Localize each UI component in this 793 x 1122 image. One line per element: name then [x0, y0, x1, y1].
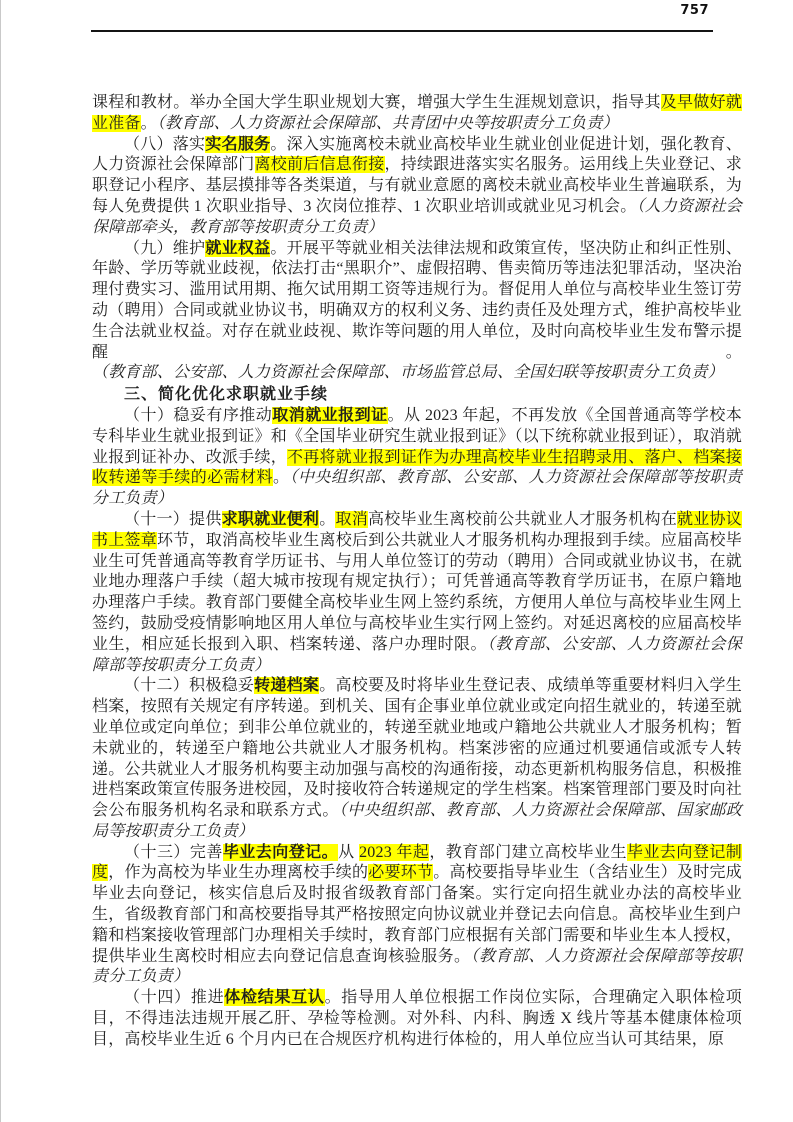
attribution-text: （教育部、公安部、人力资源社会保障部、市场监管总局、全国妇联等按职责分工负责）	[92, 364, 724, 381]
para-item-12: （十二）积极稳妥转递档案。高校要及时将毕业生登记表、成绩单等重要材料归入学生档案…	[92, 676, 742, 842]
para-item-10: （十）稳妥有序推动取消就业报到证。从 2023 年起，不再发放《全国普通高等学校…	[92, 406, 742, 510]
body-text: 。	[319, 511, 335, 528]
body-text: （九）维护	[124, 240, 205, 257]
highlighted-text: 必要环节	[368, 864, 433, 881]
highlighted-text: 转递档案	[254, 677, 319, 694]
body-text: 。高校要及时将毕业生登记表、成绩单等重要材料归入学生档案，按照有关规定有序转递。…	[92, 677, 742, 819]
para-item-13: （十三）完善毕业去向登记。从 2023 年起，教育部门建立高校毕业生毕业去向登记…	[92, 843, 742, 989]
body-text: 环节，取消高校毕业生离校后到公共就业人才服务机构办理报到手续。应届高校毕业生可凭…	[92, 532, 742, 653]
document-body: 课程和教材。举办全国大学生职业规划大赛，增强大学生生涯规划意识，指导其及早做好就…	[92, 93, 742, 1051]
body-text: 课程和教材。举办全国大学生职业规划大赛，增强大学生生涯规划意识，指导其	[92, 94, 661, 111]
page-number: 757	[680, 3, 709, 18]
body-text: （十一）提供	[124, 511, 222, 528]
body-text: 从	[338, 844, 359, 861]
body-text: 三、简化优化求职就业手续	[124, 384, 328, 403]
para-item-11: （十一）提供求职就业便利。取消高校毕业生离校前公共就业人才服务机构在就业协议书上…	[92, 510, 742, 676]
body-text: （十二）积极稳妥	[124, 677, 254, 694]
body-text: ，作为高校为毕业生办理离校手续的	[108, 864, 368, 881]
body-text: 。	[273, 469, 289, 486]
body-text: （十四）推进	[124, 989, 224, 1006]
body-text: 。开展平等就业相关法律法规和政策宣传，坚决防止和纠正性别、年龄、学历等就业歧视，…	[92, 240, 742, 361]
highlighted-text: 2023 年起	[359, 844, 429, 861]
highlighted-text: 就业权益	[205, 240, 270, 257]
highlighted-text: 毕业去向登记。	[223, 844, 338, 861]
body-text: 高校毕业生离校前公共就业人才服务机构在	[368, 511, 677, 528]
highlighted-text: 取消	[335, 511, 368, 528]
body-text: 。	[141, 115, 157, 132]
section-heading-3: 三、简化优化求职就业手续	[92, 384, 742, 406]
body-text: （八）落实	[124, 136, 205, 153]
highlighted-text: 实名服务	[205, 136, 270, 153]
para-item-8: （八）落实实名服务。深入实施离校未就业高校毕业生就业创业促进计划，强化教育、人力…	[92, 135, 742, 239]
body-text: （十）稳妥有序推动	[124, 407, 272, 424]
highlighted-text: 体检结果互认	[224, 989, 324, 1006]
header-rule	[91, 30, 713, 32]
body-text: ，教育部门建立高校毕业生	[429, 844, 627, 861]
para-continuation: 课程和教材。举办全国大学生职业规划大赛，增强大学生生涯规划意识，指导其及早做好就…	[92, 93, 742, 135]
highlighted-text: 求职就业便利	[222, 511, 320, 528]
para-item-14: （十四）推进体检结果互认。指导用人单位根据工作岗位实际，合理确定入职体检项目，不…	[92, 988, 742, 1050]
highlighted-text: 取消就业报到证	[272, 407, 387, 424]
attribution-text: （教育部、人力资源社会保障部、共青团中央等按职责分工负责）	[157, 115, 619, 132]
document-page: 757 课程和教材。举办全国大学生职业规划大赛，增强大学生生涯规划意识，指导其及…	[0, 0, 793, 1122]
para-item-9: （九）维护就业权益。开展平等就业相关法律法规和政策宣传，坚决防止和纠正性别、年龄…	[92, 239, 742, 385]
body-text: （十三）完善	[124, 844, 223, 861]
highlighted-text: 离校前后信息衔接	[255, 156, 385, 173]
